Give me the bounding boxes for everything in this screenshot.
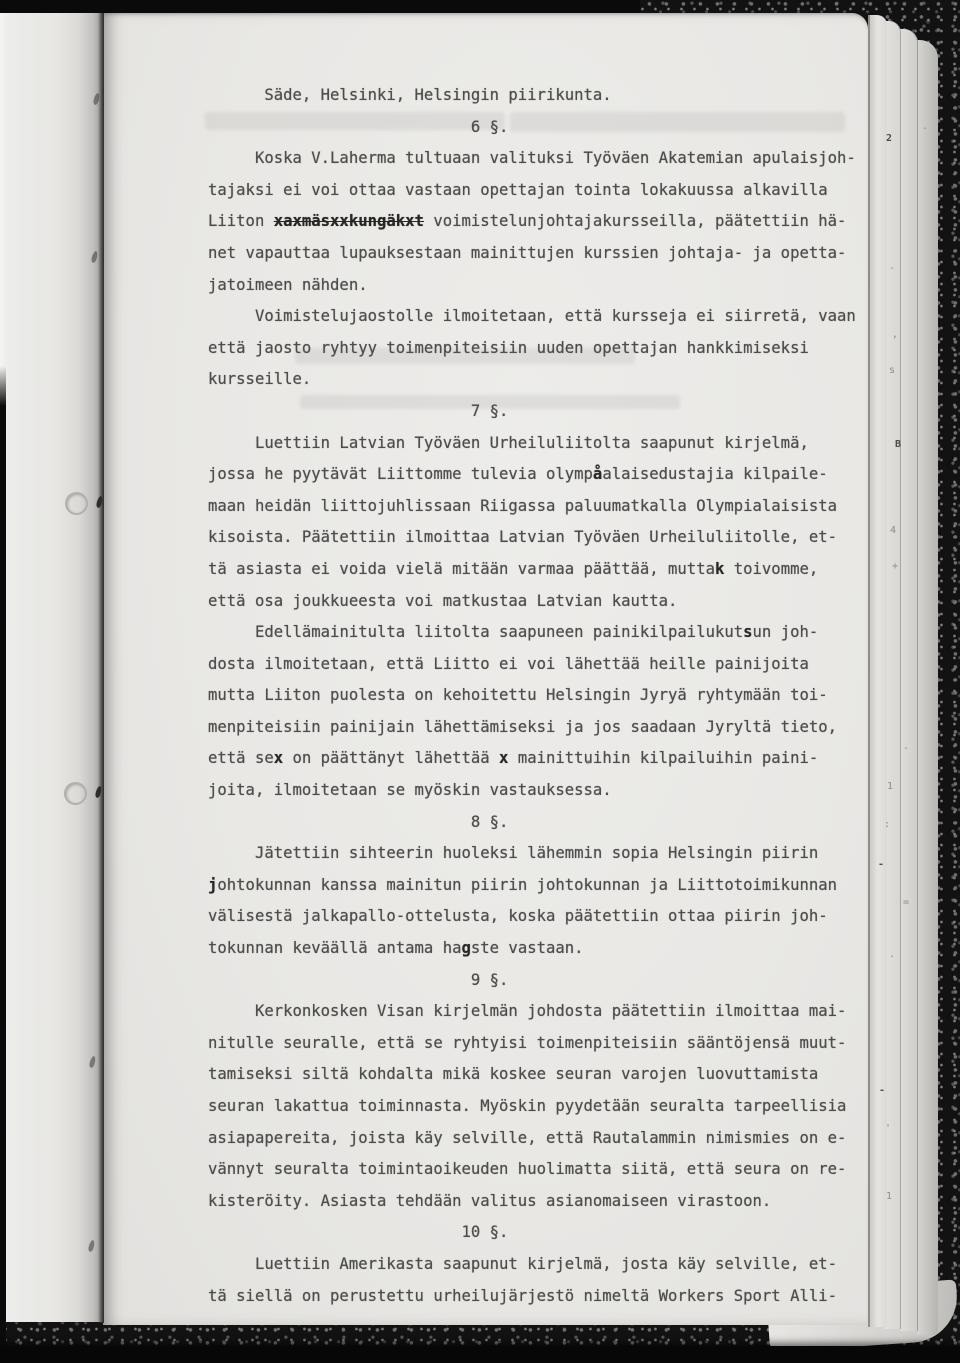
overstruck-text: xaxmäsxxkungäkxt — [274, 212, 424, 230]
overstruck-text: k — [715, 560, 724, 578]
page-edge-mark: , — [892, 330, 898, 340]
page-edge-strip — [917, 40, 938, 1335]
text-segment: tä asiasta ei voida vielä mitään varmaa … — [208, 560, 715, 578]
document-line: kursseille. — [208, 364, 868, 396]
overstruck-text: j — [208, 876, 217, 894]
document-line: Säde, Helsinki, Helsingin piirikunta. — [208, 80, 868, 112]
document-line: Voimistelujaostolle ilmoitetaan, että ku… — [208, 301, 868, 333]
page-edge-mark: 1 — [887, 782, 893, 792]
document-line: että sex on päättänyt lähettää x mainitt… — [208, 743, 868, 775]
binding-fold — [98, 13, 104, 1323]
document-line: että osa joukkueesta voi matkustaa Latvi… — [208, 586, 868, 618]
document-line: mutta Liiton puolesta on kehoitettu Hels… — [208, 680, 868, 712]
page-edge-mark: - — [889, 264, 895, 274]
document-line: vännyt seuralta toimintaoikeuden huolima… — [208, 1154, 868, 1186]
document-line: 6 §. — [208, 112, 868, 144]
document-line: 7 §. — [208, 396, 868, 428]
page-edge-mark: s — [889, 366, 895, 376]
text-segment: ohtokunnan kanssa mainitun piirin johtok… — [217, 876, 837, 894]
text-segment: Liiton — [208, 212, 274, 230]
text-segment: on päättänyt lähettää — [283, 749, 499, 767]
page-edge-mark: B — [895, 440, 901, 450]
scan-bottom-border — [0, 1346, 960, 1363]
overstruck-text: å — [593, 465, 602, 483]
previous-page-edge — [0, 13, 104, 1322]
document-line: tä siellä on perustettu urheilujärjestö … — [208, 1281, 868, 1313]
document-line: Kerkonkosken Visan kirjelmän johdosta pä… — [208, 996, 868, 1028]
document-line: 10 §. — [208, 1217, 868, 1249]
overstruck-text: g — [461, 939, 470, 957]
text-segment: Edellämainitulta liitolta saapuneen pain… — [255, 623, 743, 641]
document-line: tajaksi ei voi ottaa vastaan opettajan t… — [208, 175, 868, 207]
text-segment: mainittuihin kilpailuihin paini- — [508, 749, 818, 767]
page-edge-mark: : — [884, 820, 890, 830]
document-line: välisestä jalkapallo-ottelusta, koska pä… — [208, 901, 868, 933]
overstruck-text: x — [274, 749, 283, 767]
document-line: Jätettiin sihteerin huoleksi lähemmin so… — [208, 838, 868, 870]
document-line: asiapapereita, joista käy selville, että… — [208, 1123, 868, 1155]
document-line: tä asiasta ei voida vielä mitään varmaa … — [208, 554, 868, 586]
document-line: kisoista. Päätettiin ilmoittaa Latvian T… — [208, 522, 868, 554]
document-line: jatoimeen nähden. — [208, 270, 868, 302]
document-line: Koska V.Laherma tultuaan valituksi Työvä… — [208, 143, 868, 175]
document-line: Edellämainitulta liitolta saapuneen pain… — [208, 617, 868, 649]
text-segment: että se — [208, 749, 274, 767]
text-segment: jossa he pyytävät Liittomme tulevia olym… — [208, 465, 593, 483]
document-line: Luettiin Latvian Työväen Urheiluliitolta… — [208, 428, 868, 460]
text-segment: alaisedustajia kilpaile- — [602, 465, 827, 483]
text-segment: toivomme, — [724, 560, 818, 578]
scan-top-border — [0, 0, 640, 13]
document-line: nitulle seuralle, että se ryhtyisi toime… — [208, 1028, 868, 1060]
page-edge-mark: . — [889, 950, 895, 960]
document-line: Luettiin Amerikasta saapunut kirjelmä, j… — [208, 1249, 868, 1281]
page-edge-strip — [900, 29, 918, 1331]
page-edge-mark: + — [892, 562, 898, 572]
document-line: 9 §. — [208, 965, 868, 997]
document-line: jossa he pyytävät Liittomme tulevia olym… — [208, 459, 868, 491]
document-line: menpiteisiin painijain lähettämiseksi ja… — [208, 712, 868, 744]
page-edge-mark: 1 — [886, 1192, 892, 1202]
page-edge-mark: * — [585, 760, 591, 770]
document-line: tokunnan keväällä antama hagste vastaan. — [208, 933, 868, 965]
document-text: Säde, Helsinki, Helsingin piirikunta. 6 … — [208, 80, 868, 1312]
text-segment: ste vastaan. — [471, 939, 584, 957]
page-edge-mark: . — [922, 122, 928, 132]
document-line: joita, ilmoitetaan se myöskin vastaukses… — [208, 775, 868, 807]
page-edge-mark: = — [903, 898, 909, 908]
document-line: seuran lakattua toiminnasta. Myöskin pyy… — [208, 1091, 868, 1123]
document-line: net vapauttaa lupauksestaan mainittujen … — [208, 238, 868, 270]
document-line: maan heidän liittojuhlissaan Riigassa pa… — [208, 491, 868, 523]
binding-hole — [64, 782, 87, 805]
overstruck-text: s — [743, 623, 752, 641]
text-segment: tokunnan keväällä antama ha — [208, 939, 461, 957]
document-line: tamiseksi siltä kohdalta mikä koskee seu… — [208, 1059, 868, 1091]
page-edge-mark: 2 — [886, 134, 892, 144]
page-edge-mark: - — [903, 744, 909, 754]
document-line: Liiton xaxmäsxxkungäkxt voimistelunjohta… — [208, 206, 868, 238]
document-line: että jaosto ryhtyy toimenpiteisiin uuden… — [208, 333, 868, 365]
page-edge-mark: - — [878, 860, 884, 870]
document-line: dosta ilmoitetaan, että Liitto ei voi lä… — [208, 649, 868, 681]
text-segment: un joh- — [753, 623, 819, 641]
page-edge-mark: - — [879, 1086, 885, 1096]
text-segment: voimistelunjohtajakursseilla, päätettiin… — [424, 212, 846, 230]
document-line: kisteröity. Asiasta tehdään valitus asia… — [208, 1186, 868, 1218]
scan-left-border — [0, 366, 6, 1363]
binding-hole — [65, 492, 88, 515]
document-line: johtokunnan kanssa mainitun piirin johto… — [208, 870, 868, 902]
page-edge-mark: ' — [885, 1124, 891, 1134]
document-line: 8 §. — [208, 807, 868, 839]
page-edge-mark: 4 — [890, 526, 896, 536]
scanned-document: Säde, Helsinki, Helsingin piirikunta. 6 … — [0, 0, 960, 1363]
